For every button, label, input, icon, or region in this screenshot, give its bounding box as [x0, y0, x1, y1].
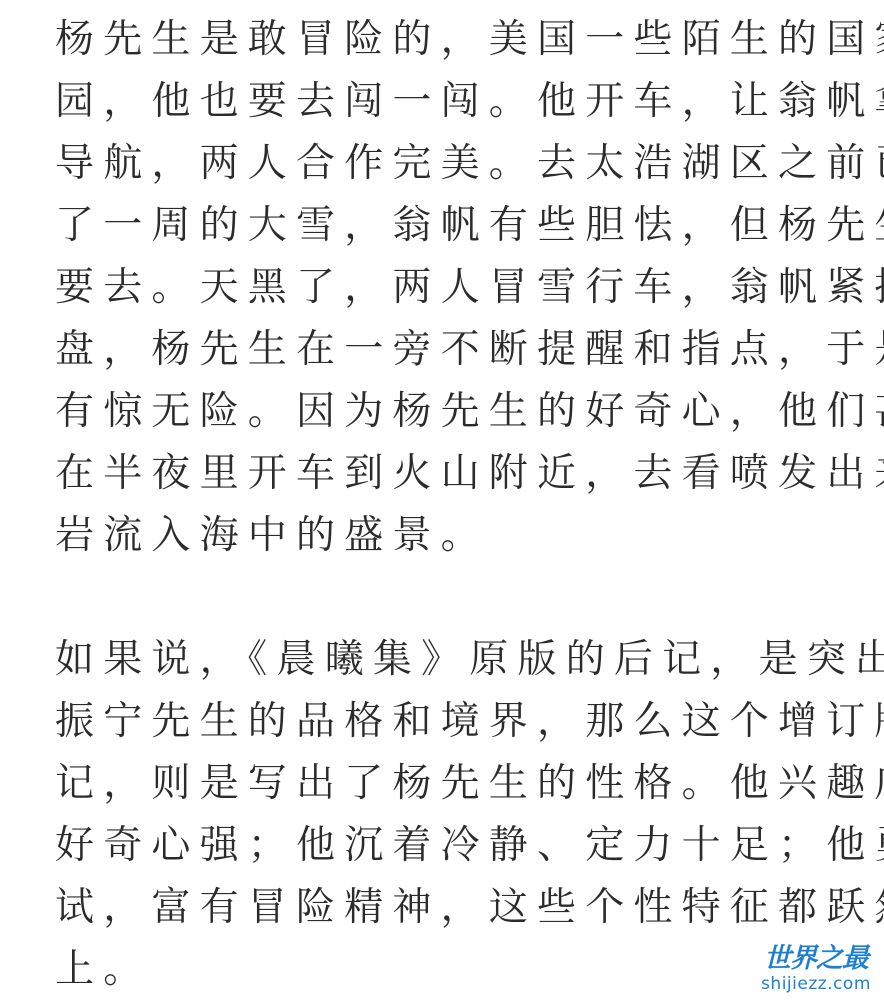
- text-line: 园，他也要去闯一闯。他开车，让翁帆拿地图: [55, 71, 845, 133]
- text-line: 盘，杨先生在一旁不断提醒和指点，于是一路: [55, 319, 845, 381]
- watermark-logo-text: 世界之最: [758, 944, 874, 974]
- article-body: 杨先生是敢冒险的，美国一些陌生的国家公 园，他也要去闯一闯。他开车，让翁帆拿地图…: [55, 9, 845, 1000]
- text-line: 杨先生是敢冒险的，美国一些陌生的国家公: [55, 9, 845, 71]
- text-line: 记，则是写出了杨先生的性格。他兴趣广泛、: [55, 753, 845, 815]
- text-line: 如果说，《晨曦集》原版的后记，是突出了杨: [55, 629, 845, 691]
- paragraph-spacer: [55, 567, 845, 629]
- text-line: 在半夜里开车到火山附近，去看喷发出来的熔: [55, 443, 845, 505]
- text-line: 岩流入海中的盛景。: [55, 505, 845, 567]
- text-line: 好奇心强；他沉着冷静、定力十足；他勇于尝: [55, 815, 845, 877]
- text-line: 上。: [55, 939, 845, 1000]
- text-line: 振宁先生的品格和境界，那么这个增订版的后: [55, 691, 845, 753]
- text-line: 导航，两人合作完美。去太浩湖区之前已经下: [55, 133, 845, 195]
- text-line: 有惊无险。因为杨先生的好奇心，他们甚至还: [55, 381, 845, 443]
- text-line: 试，富有冒险精神，这些个性特征都跃然纸: [55, 877, 845, 939]
- paragraph-1: 杨先生是敢冒险的，美国一些陌生的国家公 园，他也要去闯一闯。他开车，让翁帆拿地图…: [55, 9, 845, 567]
- site-watermark: 世界之最 shijiezz.com: [758, 944, 874, 994]
- text-line: 了一周的大雪，翁帆有些胆怯，但杨先生执意: [55, 195, 845, 257]
- watermark-domain: shijiezz.com: [758, 974, 874, 994]
- text-line: 要去。天黑了，两人冒雪行车，翁帆紧握方向: [55, 257, 845, 319]
- paragraph-2: 如果说，《晨曦集》原版的后记，是突出了杨 振宁先生的品格和境界，那么这个增订版的…: [55, 629, 845, 1000]
